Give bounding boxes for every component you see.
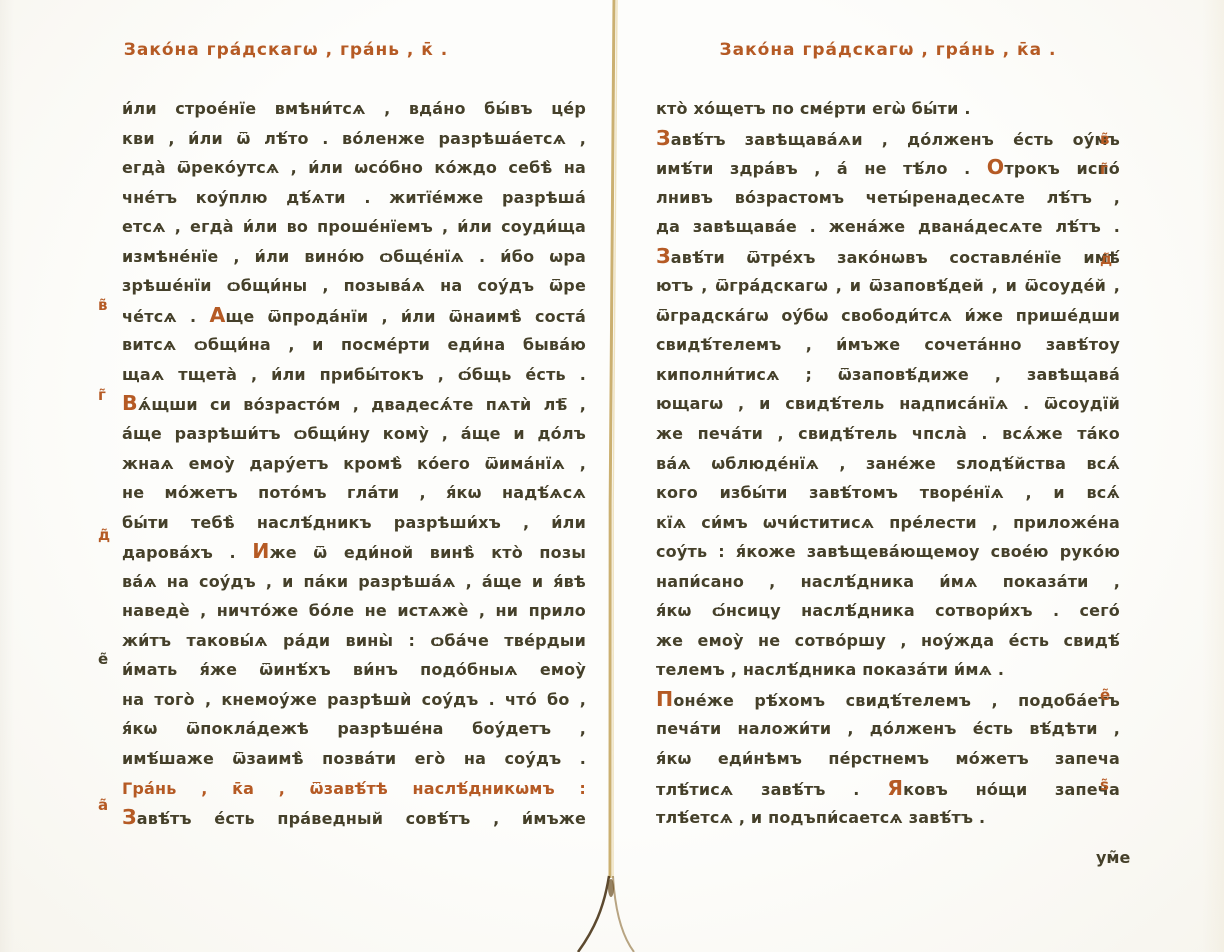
- text-line: жи́тъ таковы́ѧ ра́ди вины̀ : ѻба́че тве́…: [122, 626, 586, 656]
- text-line: наведѐ , ничто́же бо́ле не истѧжѐ , ни п…: [122, 596, 586, 626]
- text-segment: ва́ѧ ѡблюде́нїѧ , зане́же ѕлодѣ́йства вс…: [656, 454, 1120, 473]
- text-line: измѣне́нїе , и́ли вино́ю ѻбще́нїѧ . и́бо…: [122, 242, 586, 272]
- text-line: я́кω еди́нѣмъ пе́рстнемъ мо́жетъ запеча: [656, 744, 1120, 774]
- margin-chapter-number: е̃: [98, 652, 108, 667]
- text-line: же печа́ти , свидѣ́тель чпсла̀ . всѧ́же …: [656, 419, 1120, 449]
- text-line: че́тсѧ . Аще ѿпрода́нїи , и́ли ѿнаимѣ̀ с…: [122, 301, 586, 331]
- text-segment: витсѧ ѻбщи́на , и посме́рти еди́на быва́…: [122, 335, 586, 354]
- text-segment: имѣ́ти здра́въ , а́ не тѣ́ло .: [656, 159, 987, 178]
- text-segment: и́мать я́же ѿинѣ́хъ ви́нъ подо́бныѧ емоу…: [122, 660, 586, 679]
- text-segment: ще ѿпрода́нїи , и́ли ѿнаимѣ̀ соста́: [226, 307, 586, 326]
- rubricated-initial: И: [252, 539, 269, 563]
- text-segment: я́кω еди́нѣмъ пе́рстнемъ мо́жетъ запеча: [656, 749, 1120, 768]
- text-segment: киполни́тисѧ ; ѿзаповѣ́диже , завѣщава́: [656, 365, 1120, 384]
- text-segment: свидѣ́телемъ , и́мъже сочета́нно завѣ́то…: [656, 335, 1120, 354]
- text-line: телемъ , наслѣ́дника показа́ти и́мѧ .: [656, 655, 1120, 685]
- text-segment: зрѣше́нїи ѻбщи́ны , позыва́ѧ на соу́дъ ѿ…: [122, 276, 586, 295]
- text-segment: жнаѧ емоу̀ дару́етъ кромѣ̀ ко́его ѿима́н…: [122, 454, 586, 473]
- text-line: кого избы́ти завѣ́томъ творе́нїѧ , и всѧ…: [656, 478, 1120, 508]
- margin-chapter-number: г̃: [1100, 162, 1108, 177]
- text-segment: ютъ , ѿгра́дскагω , и ѿзаповѣ́дей , и ѿс…: [656, 276, 1120, 295]
- text-block-right: кто̀ хо́щетъ по сме́рти егѡ̀ бы́ти .Завѣ…: [656, 94, 1120, 833]
- rubricated-text: Гра́нь , к̄а , ѿзавѣ́тѣ наслѣ́дникωмъ :: [122, 779, 586, 798]
- text-segment: да завѣщава́е . жена́же двана́десѧте лѣ́…: [656, 217, 1120, 236]
- text-segment: же ѿ еди́ной винѣ̀ кто̀ позы: [270, 543, 586, 562]
- text-segment: егда̀ ѿреко́утсѧ , и́ли ѡсо́бно ко́ждо с…: [122, 158, 586, 177]
- text-line: ва́ѧ на соу́дъ , и па́ки разрѣша́ѧ , а́щ…: [122, 567, 586, 597]
- rubricated-initial: О: [987, 155, 1005, 179]
- text-segment: измѣне́нїе , и́ли вино́ю ѻбще́нїѧ . и́бо…: [122, 247, 586, 266]
- text-line: щаѧ тщета̀ , и́ли прибы́токъ , ѻ́бщь е́с…: [122, 360, 586, 390]
- rubricated-initial: З: [656, 244, 671, 268]
- text-line: ѿградска́гω оу́бω свободи́тсѧ и́же прише…: [656, 301, 1120, 331]
- margin-chapter-number: д̃: [1100, 252, 1112, 267]
- text-line: киполни́тисѧ ; ѿзаповѣ́диже , завѣщава́: [656, 360, 1120, 390]
- text-line: соу́ть : я́коже завѣщева́ющемоу свое́ю р…: [656, 537, 1120, 567]
- text-block-left: и́ли строе́нїе вмѣни́тсѧ , вда́но бы́въ …: [122, 94, 586, 833]
- text-segment: ющагω , и свидѣ́тель надписа́нїѧ . ѿсоуд…: [656, 394, 1120, 413]
- text-line: етсѧ , егда̀ и́ли во проше́нїемъ , и́ли …: [122, 212, 586, 242]
- margin-chapter-number: г̃: [98, 388, 106, 403]
- running-title-left: Зако́на гра́дскагω , гра́нь , к̄ .: [0, 40, 612, 60]
- text-line: свидѣ́телемъ , и́мъже сочета́нно завѣ́то…: [656, 330, 1120, 360]
- text-line: дарова́хъ . Иже ѿ еди́ной винѣ̀ кто̀ поз…: [122, 537, 586, 567]
- text-line: лнивъ во́зрастомъ четы́ренадесѧте лѣ́тъ …: [656, 183, 1120, 213]
- text-segment: имѣ́шаже ѿзаимѣ̀ позва́ти его̀ на соу́дъ…: [122, 749, 586, 768]
- text-segment: авѣ́тъ завѣщава́ѧи , до́лженъ е́сть оу́м…: [671, 130, 1120, 149]
- text-segment: же емоу̀ не сотво́ршу , ноу́жда е́сть св…: [656, 631, 1120, 650]
- text-line: кто̀ хо́щетъ по сме́рти егѡ̀ бы́ти .: [656, 94, 1120, 124]
- text-segment: лнивъ во́зрастомъ четы́ренадесѧте лѣ́тъ …: [656, 188, 1120, 207]
- text-segment: ва́ѧ на соу́дъ , и па́ки разрѣша́ѧ , а́щ…: [122, 572, 586, 591]
- margin-chapter-number: в̃: [98, 298, 108, 313]
- text-segment: ѧ́щши си во́зрасто́м , двадесѧ́те пѧтѝ л…: [138, 395, 586, 414]
- text-segment: жи́тъ таковы́ѧ ра́ди вины̀ : ѻба́че тве́…: [122, 631, 586, 650]
- text-segment: оне́же рѣ́хомъ свидѣ́телемъ , подоба́етъ: [673, 691, 1120, 710]
- text-segment: тлѣ́тисѧ завѣ́тъ .: [656, 780, 887, 799]
- text-line: а́ще разрѣши́тъ ѻбщи́ну кому̀ , а́ще и д…: [122, 419, 586, 449]
- text-segment: телемъ , наслѣ́дника показа́ти и́мѧ .: [656, 660, 1004, 679]
- rubricated-initial: З: [656, 126, 671, 150]
- rubricated-initial: В: [122, 391, 138, 415]
- text-segment: наведѐ , ничто́же бо́ле не истѧжѐ , ни п…: [122, 601, 586, 620]
- text-line: кїѧ си́мъ ѡчи́ститисѧ пре́лести , прилож…: [656, 508, 1120, 538]
- text-segment: кїѧ си́мъ ѡчи́ститисѧ пре́лести , прилож…: [656, 513, 1120, 532]
- text-line: тлѣ́тисѧ завѣ́тъ . Яковъ но́щи запеча: [656, 774, 1120, 804]
- text-line: же емоу̀ не сотво́ршу , ноу́жда е́сть св…: [656, 626, 1120, 656]
- page-right: Зако́на гра́дскагω , гра́нь , к̄а . кто̀…: [612, 0, 1224, 952]
- text-line: бы́ти тебѣ̀ наслѣ́дникъ разрѣши́хъ , и́л…: [122, 508, 586, 538]
- text-line: тлѣ́етсѧ , и подъпи́саетсѧ завѣ́тъ .: [656, 803, 1120, 833]
- text-segment: етсѧ , егда̀ и́ли во проше́нїемъ , и́ли …: [122, 217, 586, 236]
- page-left: Зако́на гра́дскагω , гра́нь , к̄ . и́ли …: [0, 0, 612, 952]
- margin-chapter-number: в̃: [1100, 132, 1110, 147]
- text-line: я́кω ѿпокла́дежѣ разрѣше́на боу́детъ ,: [122, 714, 586, 744]
- text-segment: я́кω ѿпокла́дежѣ разрѣше́на боу́детъ ,: [122, 719, 586, 738]
- rubricated-initial: Я: [887, 776, 903, 800]
- text-line: чне́тъ коу́плю дѣ́ѧти . житїе́мже разрѣш…: [122, 183, 586, 213]
- text-line: и́ли строе́нїе вмѣни́тсѧ , вда́но бы́въ …: [122, 94, 586, 124]
- text-segment: печа́ти наложи́ти , до́лженъ е́сть вѣ́дѣ…: [656, 719, 1120, 738]
- text-line: Вѧ́щши си во́зрасто́м , двадесѧ́те пѧтѝ …: [122, 389, 586, 419]
- text-segment: ѿградска́гω оу́бω свободи́тсѧ и́же прише…: [656, 306, 1120, 325]
- text-segment: кто̀ хо́щетъ по сме́рти егѡ̀ бы́ти .: [656, 99, 971, 118]
- text-line: жнаѧ емоу̀ дару́етъ кромѣ̀ ко́его ѿима́н…: [122, 449, 586, 479]
- margin-chapter-number: ѕ̃: [1100, 778, 1109, 793]
- text-segment: кого избы́ти завѣ́томъ творе́нїѧ , и всѧ…: [656, 483, 1120, 502]
- text-line: напи́сано , наслѣ́дника и́мѧ показа́ти ,: [656, 567, 1120, 597]
- text-line: Поне́же рѣ́хомъ свидѣ́телемъ , подоба́ет…: [656, 685, 1120, 715]
- folio-number: ум̃е: [1096, 848, 1130, 867]
- text-line: витсѧ ѻбщи́на , и посме́рти еди́на быва́…: [122, 330, 586, 360]
- text-line: я́кω ѻ́нсицу наслѣ́дника сотвори́хъ . се…: [656, 596, 1120, 626]
- book-scan: Зако́на гра́дскагω , гра́нь , к̄ . и́ли …: [0, 0, 1224, 952]
- text-segment: соу́ть : я́коже завѣщева́ющемоу свое́ю р…: [656, 542, 1120, 561]
- text-line: Завѣ́тъ е́сть пра́ведный совѣ́тъ , и́мъж…: [122, 803, 586, 833]
- text-line: ютъ , ѿгра́дскагω , и ѿзаповѣ́дей , и ѿс…: [656, 271, 1120, 301]
- text-line: ющагω , и свидѣ́тель надписа́нїѧ . ѿсоуд…: [656, 389, 1120, 419]
- text-line: Завѣ́ти ѿтре́хъ зако́нωвъ составле́нїе и…: [656, 242, 1120, 272]
- text-segment: я́кω ѻ́нсицу наслѣ́дника сотвори́хъ . се…: [656, 601, 1120, 620]
- text-segment: же печа́ти , свидѣ́тель чпсла̀ . всѧ́же …: [656, 424, 1120, 443]
- text-line: Гра́нь , к̄а , ѿзавѣ́тѣ наслѣ́дникωмъ :: [122, 774, 586, 804]
- text-segment: и́ли строе́нїе вмѣни́тсѧ , вда́но бы́въ …: [122, 99, 586, 118]
- text-line: на того̀ , кнемоу́же разрѣшѝ соу́дъ . чт…: [122, 685, 586, 715]
- text-line: печа́ти наложи́ти , до́лженъ е́сть вѣ́дѣ…: [656, 714, 1120, 744]
- text-segment: кви , и́ли ѿ лѣ́то . во́ленже разрѣша́ет…: [122, 129, 586, 148]
- text-line: и́мать я́же ѿинѣ́хъ ви́нъ подо́бныѧ емоу…: [122, 655, 586, 685]
- text-segment: чне́тъ коу́плю дѣ́ѧти . житїе́мже разрѣш…: [122, 188, 586, 207]
- text-segment: а́ще разрѣши́тъ ѻбщи́ну кому̀ , а́ще и д…: [122, 424, 586, 443]
- text-segment: авѣ́ти ѿтре́хъ зако́нωвъ составле́нїе им…: [671, 248, 1120, 267]
- text-segment: тлѣ́етсѧ , и подъпи́саетсѧ завѣ́тъ .: [656, 808, 985, 827]
- text-line: Завѣ́тъ завѣщава́ѧи , до́лженъ е́сть оу́…: [656, 124, 1120, 154]
- margin-chapter-number: е̃: [1100, 688, 1110, 703]
- text-segment: щаѧ тщета̀ , и́ли прибы́токъ , ѻ́бщь е́с…: [122, 365, 586, 384]
- text-line: не мо́жетъ пото́мъ гла́ти , я́кω надѣ́ѧс…: [122, 478, 586, 508]
- text-line: кви , и́ли ѿ лѣ́то . во́ленже разрѣша́ет…: [122, 124, 586, 154]
- text-segment: бы́ти тебѣ̀ наслѣ́дникъ разрѣши́хъ , и́л…: [122, 513, 586, 532]
- text-segment: на того̀ , кнемоу́же разрѣшѝ соу́дъ . чт…: [122, 690, 586, 709]
- text-segment: ковъ но́щи запеча: [903, 780, 1120, 799]
- margin-chapter-number: д̃: [98, 528, 110, 543]
- text-line: зрѣше́нїи ѻбщи́ны , позыва́ѧ на соу́дъ ѿ…: [122, 271, 586, 301]
- text-line: имѣ́шаже ѿзаимѣ̀ позва́ти его̀ на соу́дъ…: [122, 744, 586, 774]
- text-segment: не мо́жетъ пото́мъ гла́ти , я́кω надѣ́ѧс…: [122, 483, 586, 502]
- rubricated-initial: П: [656, 687, 673, 711]
- margin-chapter-number: а̃: [98, 798, 108, 813]
- rubricated-initial: З: [122, 805, 137, 829]
- text-line: да завѣщава́е . жена́же двана́десѧте лѣ́…: [656, 212, 1120, 242]
- rubricated-initial: А: [210, 303, 226, 327]
- text-segment: че́тсѧ .: [122, 307, 210, 326]
- text-line: егда̀ ѿреко́утсѧ , и́ли ѡсо́бно ко́ждо с…: [122, 153, 586, 183]
- running-title-right: Зако́на гра́дскагω , гра́нь , к̄а .: [612, 40, 1224, 60]
- text-line: ва́ѧ ѡблюде́нїѧ , зане́же ѕлодѣ́йства вс…: [656, 449, 1120, 479]
- text-segment: напи́сано , наслѣ́дника и́мѧ показа́ти ,: [656, 572, 1120, 591]
- text-line: имѣ́ти здра́въ , а́ не тѣ́ло . Отрокъ ис…: [656, 153, 1120, 183]
- text-segment: дарова́хъ .: [122, 543, 252, 562]
- text-segment: авѣ́тъ е́сть пра́ведный совѣ́тъ , и́мъже: [137, 809, 586, 828]
